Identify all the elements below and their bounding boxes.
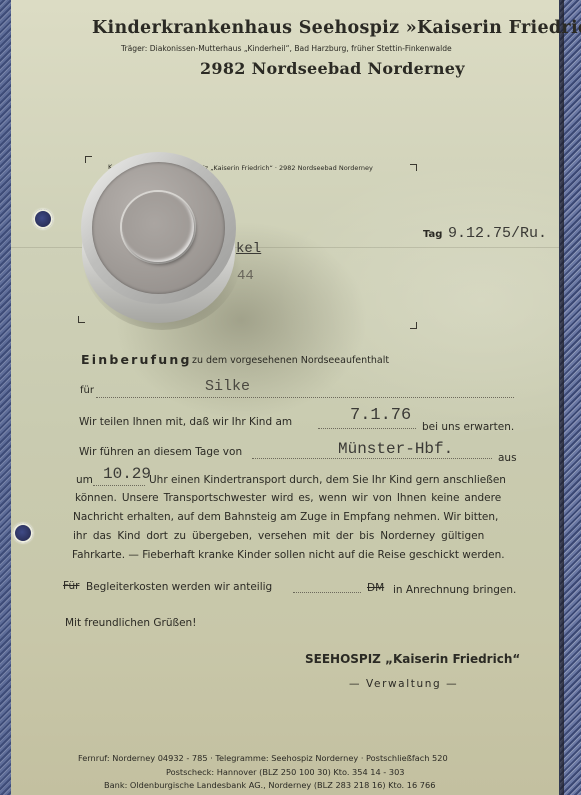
paragraph-line-4: ihr das Kind dort zu übergeben, versehen…: [73, 530, 484, 542]
closing-greeting: Mit freundlichen Grüßen!: [65, 617, 196, 629]
arrival-suffix: bei uns erwarten.: [422, 421, 514, 433]
date-label: Tag: [423, 229, 442, 240]
heading-rest: zu dem vorgesehenen Nordseeaufenthalt: [192, 355, 389, 366]
paragraph-line-3: Nachricht erhalten, auf dem Bahnsteig am…: [73, 511, 498, 523]
transport-prefix: Wir führen an diesem Tage von: [79, 446, 242, 458]
punch-hole-top: [33, 209, 53, 229]
address-window-corner-br: [410, 322, 417, 329]
costs-amount-line: [293, 592, 361, 593]
costs-suffix: in Anrechnung bringen.: [393, 584, 516, 596]
departure-time: 10.29: [103, 465, 151, 483]
transport-suffix: aus: [498, 452, 517, 464]
letterhead-subtitle: Träger: Diakonissen-Mutterhaus „Kinderhe…: [121, 44, 452, 53]
arrival-date-line: [318, 428, 416, 429]
child-name: Silke: [205, 378, 250, 395]
for-label: für: [80, 385, 94, 396]
paragraph-line-2: können. Unsere Transportschwester wird e…: [75, 492, 501, 504]
address-window-corner-bl: [78, 316, 85, 323]
signature-dept: — Verwaltung —: [349, 678, 458, 690]
punch-hole-bottom: [13, 523, 33, 543]
departure-station: Münster-Hbf.: [338, 440, 453, 458]
departure-station-line: [252, 458, 492, 459]
sender-line: iz „Kaiserin Friedrich“ · 2982 Nordseeba…: [203, 164, 373, 172]
address-window-corner-tl: [85, 156, 92, 163]
costs-text: Begleiterkosten werden wir anteilig: [86, 581, 272, 593]
signature-org: SEEHOSPIZ „Kaiserin Friedrich“: [305, 652, 520, 666]
footer-line-2: Postscheck: Hannover (BLZ 250 100 30) Kt…: [166, 767, 404, 777]
arrival-prefix: Wir teilen Ihnen mit, daß wir Ihr Kind a…: [79, 416, 292, 428]
costs-currency-struck: DM: [367, 582, 384, 594]
for-field-line: [96, 397, 514, 398]
letterhead-title: Kinderkrankenhaus Seehospiz »Kaiserin Fr…: [92, 18, 581, 38]
letterhead-address: 2982 Nordseebad Norderney: [200, 59, 465, 78]
time-prefix: um: [76, 474, 93, 486]
departure-time-line: [93, 485, 145, 486]
paragraph-line-1: Uhr einen Kindertransport durch, dem Sie…: [149, 474, 506, 486]
address-window-corner-tr: [410, 164, 417, 171]
arrival-date: 7.1.76: [350, 406, 411, 425]
heading-einberufung: Einberufung: [81, 352, 192, 367]
costs-prefix-struck: Für: [63, 580, 79, 592]
footer-line-3: Bank: Oldenburgische Landesbank AG., Nor…: [104, 780, 435, 790]
paragraph-line-5: Fahrkarte. — Fieberhaft kranke Kinder so…: [72, 549, 505, 561]
footer-line-1: Fernruf: Norderney 04932 - 785 · Telegra…: [78, 753, 448, 763]
paperweight-center-boss: [122, 192, 194, 262]
date-value: 9.12.75/Ru.: [448, 225, 547, 242]
